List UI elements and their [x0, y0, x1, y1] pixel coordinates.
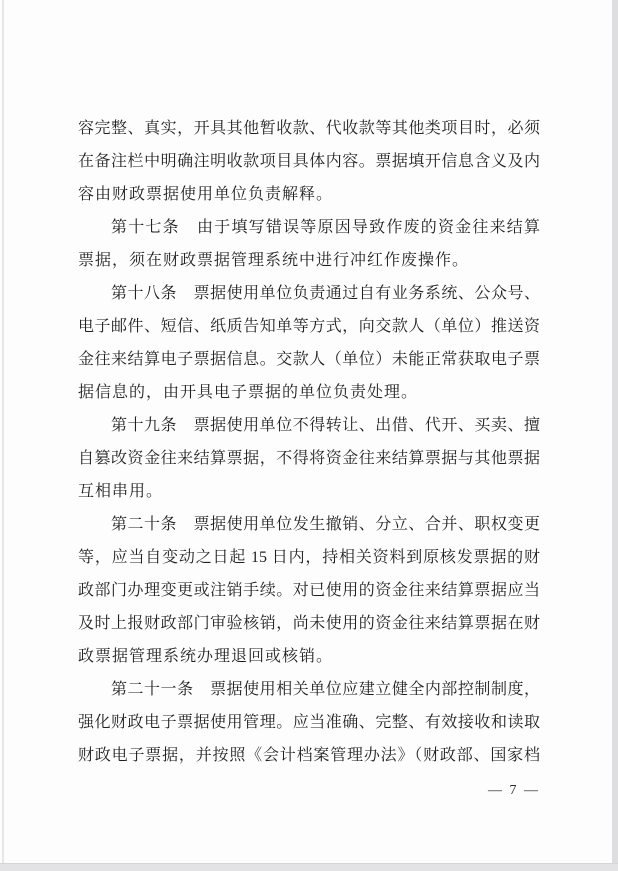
scan-edge-left [2, 0, 4, 871]
text-line: 等，应当自变动之日起 15 日内，持相关资料到原核发票据的财 [78, 541, 540, 574]
document-text: 容完整、真实，开具其他暂收款、代收款等其他类项目时，必须在备注栏中明确注明收款项… [78, 112, 540, 772]
text-line: 金往来结算电子票据信息。交款人（单位）未能正常获取电子票 [78, 343, 540, 376]
document-page: 容完整、真实，开具其他暂收款、代收款等其他类项目时，必须在备注栏中明确注明收款项… [0, 0, 618, 871]
text-line: 容完整、真实，开具其他暂收款、代收款等其他类项目时，必须 [78, 112, 540, 145]
text-line: 第二十条 票据使用单位发生撤销、分立、合并、职权变更 [78, 508, 540, 541]
text-line: 第十八条 票据使用单位负责通过自有业务系统、公众号、 [78, 277, 540, 310]
text-line: 第二十一条 票据使用相关单位应建立健全内部控制制度， [78, 673, 540, 706]
page-number: — 7 — [488, 781, 540, 801]
text-line: 第十七条 由于填写错误等原因导致作废的资金往来结算 [78, 211, 540, 244]
text-line: 票据，须在财政票据管理系统中进行冲红作废操作。 [78, 244, 540, 277]
scan-edge-right [612, 0, 618, 871]
text-line: 在备注栏中明确注明收款项目具体内容。票据填开信息含义及内 [78, 145, 540, 178]
scan-edge-bottom [0, 863, 618, 871]
text-line: 容由财政票据使用单位负责解释。 [78, 178, 540, 211]
text-line: 及时上报财政部门审验核销，尚未使用的资金往来结算票据在财 [78, 607, 540, 640]
text-line: 电子邮件、短信、纸质告知单等方式，向交款人（单位）推送资 [78, 310, 540, 343]
text-line: 强化财政电子票据使用管理。应当准确、完整、有效接收和读取 [78, 706, 540, 739]
text-line: 第十九条 票据使用单位不得转让、出借、代开、买卖、擅 [78, 409, 540, 442]
text-line: 财政电子票据，并按照《会计档案管理办法》（财政部、国家档 [78, 739, 540, 772]
text-line: 互相串用。 [78, 475, 540, 508]
text-line: 政票据管理系统办理退回或核销。 [78, 640, 540, 673]
text-line: 据信息的，由开具电子票据的单位负责处理。 [78, 376, 540, 409]
text-line: 政部门办理变更或注销手续。对已使用的资金往来结算票据应当 [78, 574, 540, 607]
text-line: 自篡改资金往来结算票据，不得将资金往来结算票据与其他票据 [78, 442, 540, 475]
